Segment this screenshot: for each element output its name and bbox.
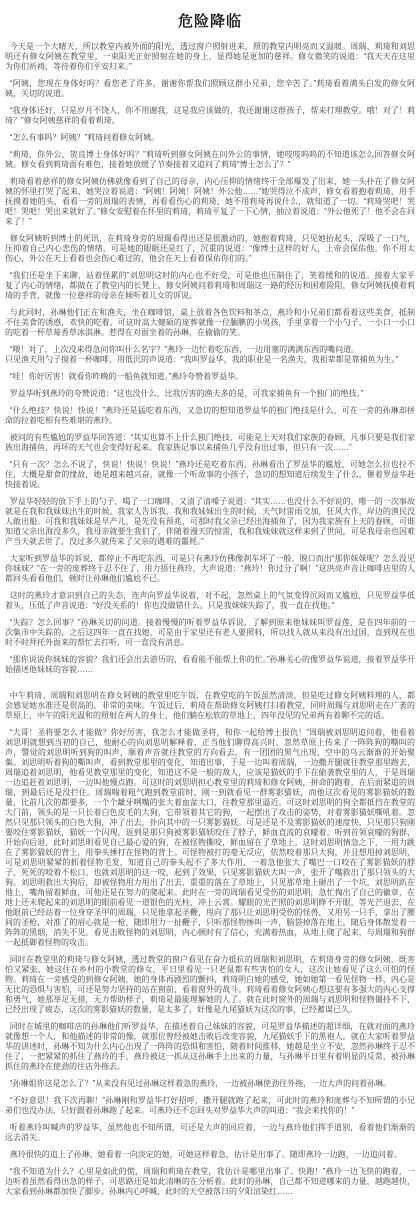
paragraph: 同时在教堂里的莉琦与修女阿姨，透过教堂的窗户看见在奋力抵抗的周瑞和刘思明，在莉琦… [5,955,415,1015]
paragraph: 同时在城里的咖啡店的孙琳他们听罗益华，在描述着自己妹妹的容貌，可是罗益华描述的超… [5,1022,415,1072]
paragraph: 罗益华听到燕玲的夸赞说道：“这也没什么，比我厉害的渔夫多的是，可我家捕鱼有一个独… [5,389,415,399]
paragraph: 中午莉琦、周瑞和刘思明在修女阿姨的教堂里吃午饭，在教堂吃的午饭虽然清淡，但是吃过… [5,691,415,721]
paragraph: “只有一次？怎么不说了，快说！快说！快说！”燕玲还是吃着东西，孙琳看出了罗益华的… [5,460,415,490]
paragraph: 被问的有些尴尬的罗益华回答道：“其实也算不上什么独门绝技，可能是上天对我们家族的… [5,433,415,453]
paragraph: 燕玲很快的追上了孙琳，她看着一向淡定的她，可她这样着急，估计是出事了。随即燕玲一… [5,1150,415,1160]
paragraph: “莉琦，你外公，贺良博士身体好吗？”莉琦听到修女阿姨在问外公的事情，她吱吱呜呜的… [5,150,415,170]
paragraph: “大哥！圣将要怎么才能做？你好厉害，我怎么才能做圣将，和你一起给博士报仇！”周瑞… [5,728,415,948]
paragraph: “我身体还好，只是岁月不饶人，你不用谢我，这是我应该做的，我还谢谢这群孩子，帮来… [5,106,415,126]
paragraph: “孙琳姐你这是怎么了？”从来没有见过孙琳这样着急的燕玲，一边被孙琳使劲往外拖，一… [5,1079,415,1089]
paragraph: 修女阿姨听到博士的死讯，在莉琦身旁的周瑞看得出还是很激动的，她抱着莉琦，只见她抬… [5,234,415,264]
paragraph: “喂！对了，上次没来得急问你叫什么名字？”燕玲一边忙着吃东西，一边用塞的满满东西… [5,345,415,365]
paragraph: “哇！你好厉害！就看你昨晚的一船鱼就知道。”燕玲夸赞着罗益华。 [5,372,415,382]
paragraph: “那你说说你妹妹的容貌？我们还会出去游历的，看看能不能帮上你的忙。”孙琳关心的像… [5,655,415,675]
paragraph: 罗益华轻轻的放下手上的勺子，喝了一口咖啡，又清了清嗓子说道：“其实……也没什么不… [5,497,415,547]
paragraph: “失踪？怎么回事？”孙琳关切的问道。接着慢慢的听着罗益华诉说，了解到原来他妹妹叫… [5,618,415,648]
paragraph: 这时的燕玲才意识到自己的失态，连声向罗益华说着，对不起，忽然桌上的气氛变得沉闷而… [5,591,415,611]
paragraph: 今天是一个大晴天，所以教堂内被外面的阳光，透过窗户照射进来，照的教堂内明亮而又温… [5,42,415,72]
paragraph: “不好意思！我下次再聊！”孙琳刚和罗益华打好招呼，撒开腿就跑了起来，可此时的燕玲… [5,1096,415,1116]
paragraph: “阿姨，您现在身体好吗？看您老了许多，谢谢你帮我们照顾这群小兄弟，您辛苦了。”莉… [5,79,415,99]
paragraph: 与此同时，孙琳他们正在和渔夫，坐在咖啡馆，桌上放着各色饮料和茶点，燕玲和小兄弟们… [5,308,415,338]
paragraph: “我不知道为什么？心里是如此的慌，周瑞和莉琦在教堂，我估计是哪里出事了。快跑！”… [5,1167,415,1197]
paragraph: “我们还是坐下来聊，站着怪累的”刘思明这时的内心也不好受，可是他也压制住了，笑着… [5,271,415,301]
paragraph: 听着燕玲叫喊声的罗益华，虽然他也不知所谓，可还是大声的回应着，一边与燕玲他们挥手… [5,1123,415,1143]
chapter-title: 危险降临 [5,10,415,31]
paragraph: 莉琦看着慈祥的修女阿姨仿佛就像看到了自己的母亲，内心压抑的情绪终于全部爆发了出来… [5,177,415,227]
chapter-body: 今天是一个大晴天，所以教堂内被外面的阳光，透过窗户照射进来，照的教堂内明亮而又温… [5,42,415,1197]
paragraph: 大家听到罗益华的诉说，都停止不再吃东西，可是只有燕玲仿佛像刹车坏了一般，脱口而出… [5,554,415,584]
paragraph: “什么绝技？快说！快说！”燕玲还是猛吃着东西，又急切的想知道罗益华的独门绝技是什… [5,406,415,426]
paragraph: “怎么有事吗？阿姨？”莉琦问着修女阿姨。 [5,133,415,143]
